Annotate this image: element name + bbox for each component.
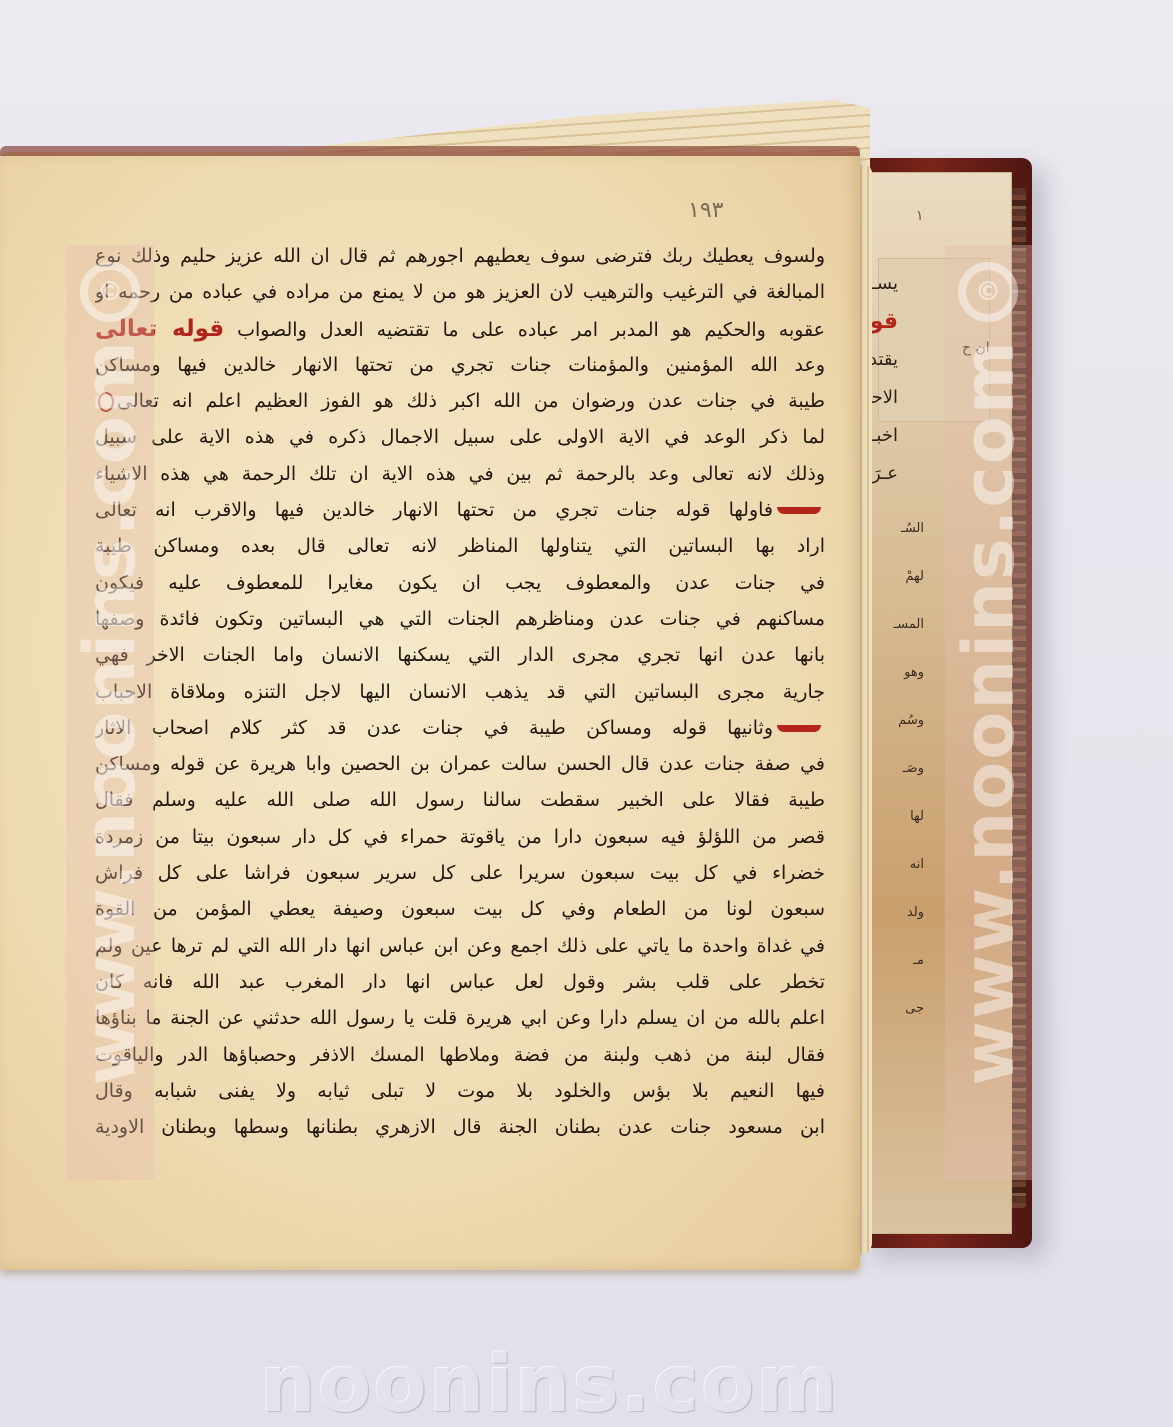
text-line: اعلم بالله من ان يسلم دارا وعن ابي هريرة… — [95, 1000, 825, 1036]
column-fragment: المسـ — [884, 601, 924, 649]
column-fragment: وهو — [884, 649, 924, 697]
text-line: في جنات عدن والمعطوف يجب ان يكون مغايرا … — [95, 565, 825, 601]
text-line: المبالغة في الترغيب والترهيب لان العزيز … — [95, 274, 825, 310]
column-fragment: جى — [884, 985, 924, 1033]
text-line: وذلك لانه تعالى وعد بالرحمة ثم بين في هذ… — [95, 456, 825, 492]
text-line: فقال لبنة من ذهب ولبنة من فضة وملاطها ال… — [95, 1037, 825, 1073]
text-line: في غداة واحدة ما ياتي على ذلك اجمع وعن ا… — [95, 928, 825, 964]
text-line: طيبة في جنات عدن ورضوان من الله اكبر ذلك… — [95, 383, 825, 419]
column-fragment: انه — [884, 841, 924, 889]
text-line: فاولها قوله جنات تجري من تحتها الانهار خ… — [95, 492, 825, 528]
text-line: اراد بها البساتين التي يتناولها المناظر … — [95, 528, 825, 564]
copyright-icon: © — [958, 262, 1018, 322]
text-line: لما ذكر الوعد في الاية الاولى على سبيل ا… — [95, 419, 825, 455]
text-line: وثانيها قوله ومساكن طيبة في جنات عدن قد … — [95, 710, 825, 746]
label-fragment: يسـ — [878, 265, 898, 303]
label-fragment: عـرَ — [878, 455, 898, 493]
text-line: خضراء في كل بيت سبعون سريرا على كل سرير … — [95, 855, 825, 891]
text-line: وعد الله المؤمنين والمؤمنات جنات تجري من… — [95, 347, 825, 383]
column-fragment: مـ — [884, 937, 924, 985]
text-line: ابن مسعود جنات عدن بطنان الجنة قال الازه… — [95, 1109, 825, 1145]
column-fragment: لها — [884, 793, 924, 841]
text-line: بانها عدن انها تجري مجرى الدار التي يسكن… — [95, 637, 825, 673]
bottom-watermark: noonins.com — [230, 1340, 870, 1427]
text-line: طيبة فقالا على الخبير سقطت سالنا رسول ال… — [95, 782, 825, 818]
column-fragment: ولد — [884, 889, 924, 937]
column-fragment: السُـ — [884, 505, 924, 553]
vertical-watermark-left: www.noonins.com — [66, 245, 154, 1180]
vertical-watermark-right: www.noonins.com — [945, 245, 1033, 1180]
column-fragment: لهمْ — [884, 553, 924, 601]
text-line: مساكنهم في جنات عدن ومناظرهم الجنات التي… — [95, 601, 825, 637]
text-line: تخطر على قلب بشر وقول لعل عباس انها دار … — [95, 964, 825, 1000]
leaf-number: ١ — [916, 208, 924, 224]
text-line: سبعون لونا من الطعام وفي كل بيت سبعون وص… — [95, 891, 825, 927]
label-fragment: يقتد — [878, 341, 898, 379]
label-fragment: اخبـ — [878, 417, 898, 455]
manuscript-photo: ١ يسـ قول يقتد الاحـ اخبـ عـرَ ان ح السُ… — [0, 0, 1173, 1427]
text-line: قصر من اللؤلؤ فيه سبعون دارا من ياقوتة ح… — [95, 819, 825, 855]
copyright-icon: © — [80, 262, 140, 322]
rubric-overline-icon — [777, 725, 821, 732]
label-fragment: الاحـ — [878, 379, 898, 417]
column-fragment: وصَـ — [884, 745, 924, 793]
manuscript-text-block: ولسوف يعطيك ربك فترضى سوف يعطيهم اجورهم … — [95, 238, 825, 1145]
pasted-label-text: يسـ قول يقتد الاحـ اخبـ عـرَ — [878, 265, 898, 493]
text-line: في صفة جنات عدن قال الحسن سالت عمران بن … — [95, 746, 825, 782]
folio-number: ١٩٣ — [688, 198, 723, 223]
label-fragment-red: قول — [878, 303, 898, 341]
column-fragment: وسُم — [884, 697, 924, 745]
text-line: ولسوف يعطيك ربك فترضى سوف يعطيهم اجورهم … — [95, 238, 825, 274]
text-line: فيها النعيم بلا بؤس والخلود بلا موت لا ت… — [95, 1073, 825, 1109]
text-line: عقوبه والحكيم هو المدبر امر عباده على ما… — [95, 311, 825, 347]
rubric-overline-icon — [777, 507, 821, 514]
pastedown-column-text: السُـ لهمْ المسـ وهو وسُم وصَـ لها انه و… — [884, 505, 924, 1033]
text-line: جارية مجرى البساتين التي قد يذهب الانسان… — [95, 674, 825, 710]
